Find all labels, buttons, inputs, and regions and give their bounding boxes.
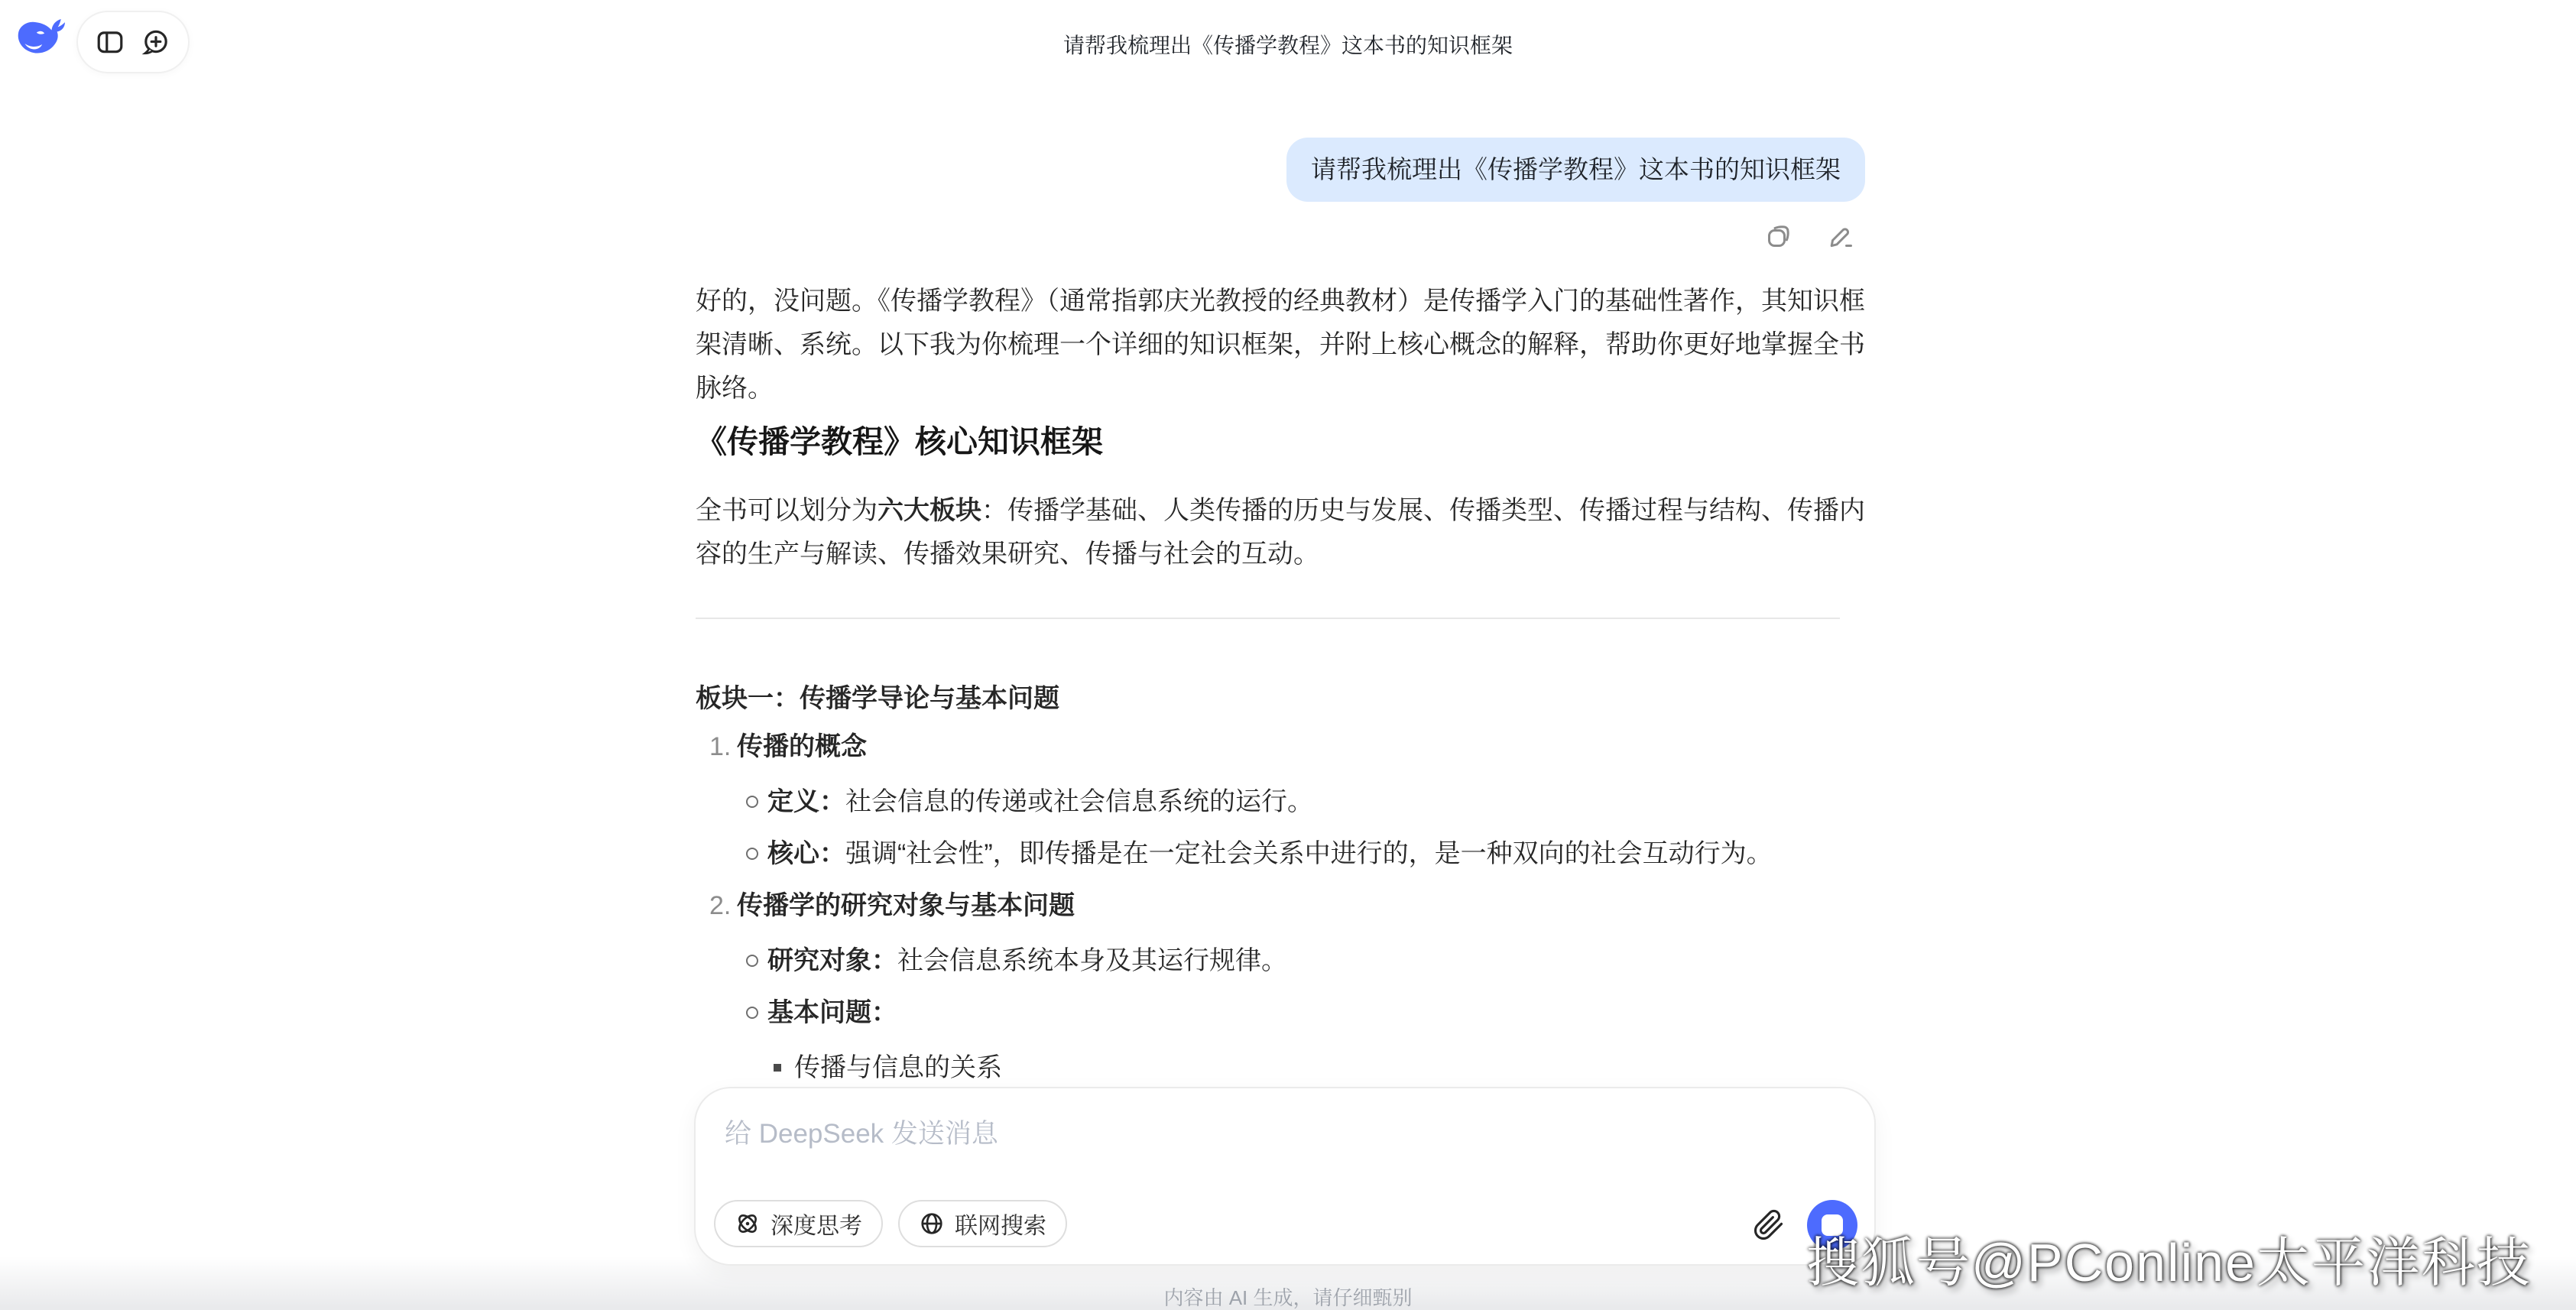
- user-message-bubble: 请帮我梳理出《传播学教程》这本书的知识框架: [1286, 138, 1865, 202]
- web-search-label: 联网搜索: [955, 1207, 1046, 1240]
- assistant-intro-paragraph: 好的，没问题。《传播学教程》（通常指郭庆光教授的经典教材）是传播学入门的基础性著…: [696, 280, 1865, 410]
- term-label: 核心：: [767, 839, 845, 868]
- overview-paragraph: 全书可以划分为六大板块：传播学基础、人类传播的历史与发展、传播类型、传播过程与结…: [696, 489, 1865, 576]
- deep-think-label: 深度思考: [771, 1207, 862, 1240]
- list-item: 传播与信息的关系: [774, 1052, 1002, 1084]
- copy-message-button[interactable]: [1764, 222, 1793, 251]
- response-heading: 《传播学教程》核心知识框架: [696, 417, 1103, 462]
- copy-icon: [1765, 222, 1792, 250]
- list-item: 核心：强调“社会性”，即传播是在一定社会关系中进行的，是一种双向的社会互动行为。: [746, 838, 1773, 870]
- list-item: 2. 传播学的研究对象与基本问题: [709, 890, 1075, 922]
- list-number: 2.: [709, 890, 737, 922]
- term-text: 社会信息的传递或社会信息系统的运行。: [845, 787, 1313, 816]
- attach-file-button[interactable]: [1752, 1208, 1786, 1242]
- globe-icon: [919, 1211, 945, 1237]
- list-item: 定义：社会信息的传递或社会信息系统的运行。: [746, 786, 1313, 818]
- paperclip-icon: [1753, 1209, 1785, 1241]
- watermark: 搜狐号@PConline太平洋科技: [1806, 1220, 2532, 1297]
- overview-prefix: 全书可以划分为: [696, 496, 878, 525]
- edit-message-button[interactable]: [1825, 222, 1854, 251]
- sub-item-text: 传播与信息的关系: [794, 1053, 1002, 1082]
- message-actions: [1764, 222, 1854, 251]
- composer-tools: 深度思考 联网搜索: [714, 1200, 1067, 1247]
- section-title: 板块一：传播学导论与基本问题: [696, 677, 1059, 715]
- atom-icon: [735, 1211, 761, 1237]
- deep-think-toggle[interactable]: 深度思考: [714, 1200, 883, 1247]
- list-item: 基本问题：: [746, 997, 897, 1029]
- list-number: 1.: [709, 731, 737, 763]
- composer-panel: 深度思考 联网搜索: [694, 1087, 1876, 1266]
- term-text: 强调“社会性”，即传播是在一定社会关系中进行的，是一种双向的社会互动行为。: [845, 839, 1773, 868]
- list-item-title: 传播学的研究对象与基本问题: [737, 890, 1075, 922]
- term-label: 基本问题：: [767, 998, 897, 1027]
- message-input[interactable]: [725, 1113, 1825, 1189]
- section-divider: [696, 618, 1840, 619]
- term-label: 定义：: [767, 787, 845, 816]
- list-item: 1. 传播的概念: [709, 731, 867, 763]
- edit-pencil-icon: [1826, 222, 1854, 250]
- term-label: 研究对象：: [767, 946, 897, 975]
- web-search-toggle[interactable]: 联网搜索: [898, 1200, 1067, 1247]
- list-item-title: 传播的概念: [737, 731, 867, 763]
- term-text: 社会信息系统本身及其运行规律。: [897, 946, 1287, 975]
- list-item: 研究对象：社会信息系统本身及其运行规律。: [746, 945, 1287, 977]
- overview-bold: 六大板块: [878, 496, 981, 525]
